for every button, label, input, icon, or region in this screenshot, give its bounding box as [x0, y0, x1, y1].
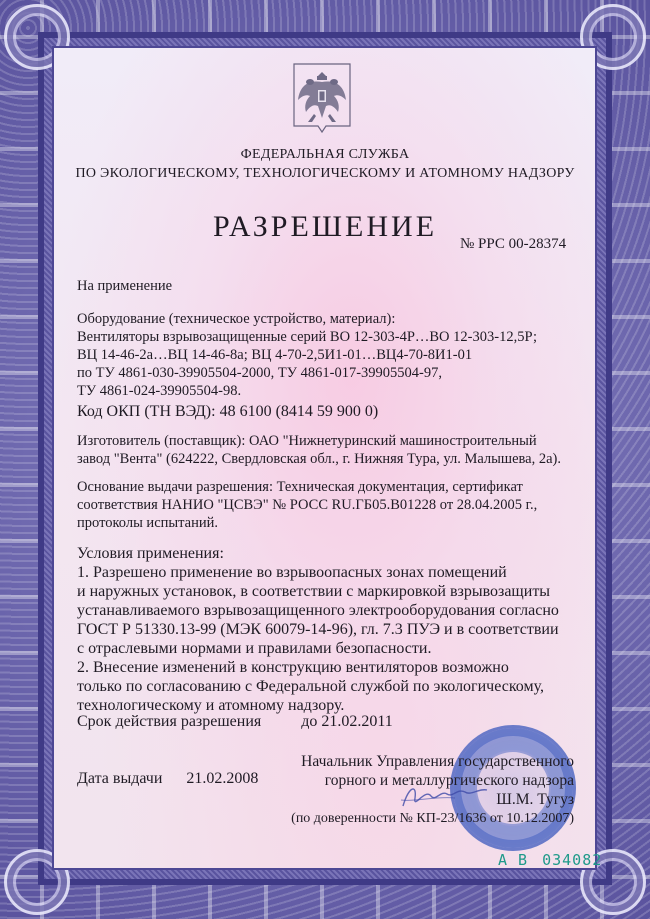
- basis-section: Основание выдачи разрешения: Техническая…: [77, 478, 537, 532]
- validity-value: до 21.02.2011: [301, 713, 393, 730]
- issue-date-label: Дата выдачи: [77, 770, 162, 787]
- validity-row: Срок действия разрешениядо 21.02.2011: [77, 713, 393, 731]
- manufacturer-section: Изготовитель (поставщик): ОАО "Нижнетури…: [77, 432, 561, 468]
- equipment-line: по ТУ 4861-030-39905504-2000, ТУ 4861-01…: [77, 364, 537, 382]
- okp-code: Код ОКП (ТН ВЭД): 48 6100 (8414 59 900 0…: [77, 403, 378, 421]
- basis-line: Основание выдачи разрешения: Техническая…: [77, 478, 537, 496]
- equipment-line: ВЦ 14-46-2а…ВЦ 14-46-8а; ВЦ 4-70-2,5И1-0…: [77, 346, 537, 364]
- conditions-line: ГОСТ Р 51330.13-99 (МЭК 60079-14-96), гл…: [77, 620, 559, 639]
- conditions-section: Условия применения: 1. Разрешено примене…: [77, 544, 559, 715]
- equipment-section: Оборудование (техническое устройство, ма…: [77, 310, 537, 400]
- basis-line: протоколы испытаний.: [77, 514, 537, 532]
- conditions-line: устанавливаемого взрывозащищенного элект…: [77, 601, 559, 620]
- conditions-heading: Условия применения:: [77, 544, 559, 563]
- basis-line: соответствия НАНИО "ЦСВЭ" № РОСС RU.ГБ05…: [77, 496, 537, 514]
- conditions-line: только по согласованию с Федеральной слу…: [77, 677, 559, 696]
- usage-label: На применение: [77, 277, 172, 295]
- document-number: № РРС 00-28374: [460, 236, 566, 253]
- equipment-line: Вентиляторы взрывозащищенные серий ВО 12…: [77, 328, 537, 346]
- issue-date-value: 21.02.2008: [186, 770, 258, 787]
- serial-series: А В: [498, 851, 528, 869]
- manufacturer-line: Изготовитель (поставщик): ОАО "Нижнетури…: [77, 432, 561, 450]
- blank-serial-number: А В034082: [498, 851, 602, 869]
- agency-name-line1: ФЕДЕРАЛЬНАЯ СЛУЖБА: [0, 147, 650, 163]
- conditions-line: и наружных установок, в соответствии с м…: [77, 582, 559, 601]
- double-headed-eagle-emblem-icon: [290, 60, 354, 140]
- agency-name-line2: ПО ЭКОЛОГИЧЕСКОМУ, ТЕХНОЛОГИЧЕСКОМУ И АТ…: [0, 166, 650, 182]
- handwritten-signature-icon: [395, 776, 505, 816]
- manufacturer-line: завод "Вента" (624222, Свердловская обл.…: [77, 450, 561, 468]
- signatory-title-line1: Начальник Управления государственного: [291, 752, 574, 771]
- equipment-line: ТУ 4861-024-39905504-98.: [77, 382, 537, 400]
- validity-label: Срок действия разрешения: [77, 713, 261, 730]
- conditions-line: 2. Внесение изменений в конструкцию вент…: [77, 658, 559, 677]
- conditions-line: 1. Разрешено применение во взрывоопасных…: [77, 563, 559, 582]
- equipment-line: Оборудование (техническое устройство, ма…: [77, 310, 537, 328]
- serial-number: 034082: [542, 851, 602, 869]
- conditions-line: с отраслевыми нормами и правилами безопа…: [77, 639, 559, 658]
- issue-date-row: Дата выдачи21.02.2008: [77, 770, 258, 788]
